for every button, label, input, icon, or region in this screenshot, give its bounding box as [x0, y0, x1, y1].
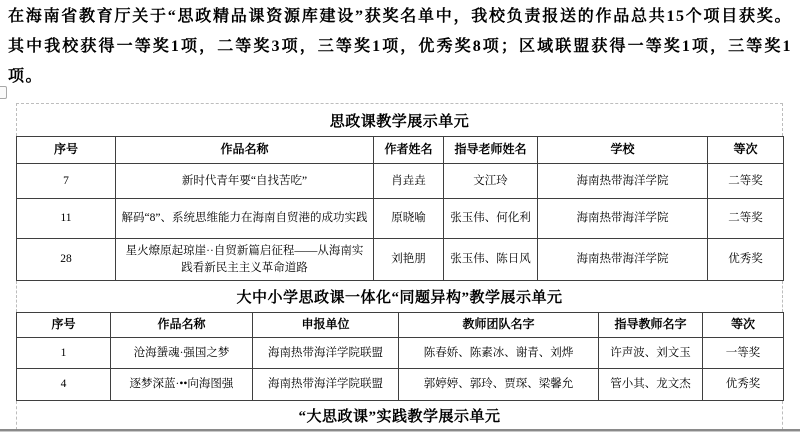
column-header-award: 等次	[703, 313, 784, 338]
cell-award: 优秀奖	[703, 369, 784, 401]
cell-author: 原晓喻	[374, 199, 444, 239]
cell-seq: 28	[17, 239, 116, 281]
cell-seq: 11	[17, 199, 116, 239]
section1-title-row: 思政课教学展示单元	[16, 103, 783, 136]
cell-work-title: 星火燎原起琼崖··自贸新篇启征程——从海南实践看新民主主义革命道路	[116, 239, 374, 281]
cell-advisor: 文江玲	[444, 164, 538, 199]
cell-advisor: 许声波、刘文玉	[599, 338, 703, 369]
section1-header-row: 序号 作品名称 作者姓名 指导老师姓名 学校 等次	[17, 137, 784, 164]
column-header-work-title: 作品名称	[111, 313, 253, 338]
cell-work-title: 逐梦深蓝·••向海图强	[111, 369, 253, 401]
section1-title: 思政课教学展示单元	[330, 110, 470, 131]
cell-applicant-unit: 海南热带海洋学院联盟	[253, 369, 399, 401]
section2-header-row: 序号 作品名称 申报单位 教师团队名字 指导教师名字 等次	[17, 313, 784, 338]
table-row: 4 逐梦深蓝·••向海图强 海南热带海洋学院联盟 郭婷婷、郭玲、贾琛、梁馨允 管…	[17, 369, 784, 401]
cell-advisor: 张玉伟、何化利	[444, 199, 538, 239]
column-header-author: 作者姓名	[374, 137, 444, 164]
table-row: 11 解码“8”、系统思维能力在海南自贸港的成功实践 原晓喻 张玉伟、何化利 海…	[17, 199, 784, 239]
cell-applicant-unit: 海南热带海洋学院联盟	[253, 338, 399, 369]
column-header-work-title: 作品名称	[116, 137, 374, 164]
document-page: 在海南省教育厅关于“思政精品课资源库建设”获奖名单中，我校负责报送的作品总共15…	[0, 0, 800, 446]
cell-seq: 1	[17, 338, 111, 369]
column-header-seq: 序号	[17, 313, 111, 338]
cell-school: 海南热带海洋学院	[538, 164, 708, 199]
cell-seq: 7	[17, 164, 116, 199]
cell-award: 优秀奖	[708, 239, 784, 281]
cell-author: 肖垚垚	[374, 164, 444, 199]
award-tables: 思政课教学展示单元 序号 作品名称 作者姓名 指导老师姓名 学校 等次 7	[16, 103, 783, 430]
column-header-applicant-unit: 申报单位	[253, 313, 399, 338]
column-header-advisor: 指导教师名字	[599, 313, 703, 338]
table-row: 1 沧海蜑魂·强国之梦 海南热带海洋学院联盟 陈春娇、陈素冰、谢青、刘烨 许声波…	[17, 338, 784, 369]
cell-seq: 4	[17, 369, 111, 401]
cell-advisor: 张玉伟、陈日风	[444, 239, 538, 281]
column-header-teacher-team: 教师团队名字	[399, 313, 599, 338]
section1-table: 序号 作品名称 作者姓名 指导老师姓名 学校 等次 7 新时代青年要“自找苦吃”…	[16, 136, 784, 281]
cell-school: 海南热带海洋学院	[538, 239, 708, 281]
column-header-school: 学校	[538, 137, 708, 164]
section2-title: 大中小学思政课一体化“同题异构”教学展示单元	[236, 286, 562, 307]
section2-title-row: 大中小学思政课一体化“同题异构”教学展示单元	[16, 281, 783, 312]
cell-award: 一等奖	[703, 338, 784, 369]
table-move-handle[interactable]	[0, 86, 7, 99]
cell-work-title: 沧海蜑魂·强国之梦	[111, 338, 253, 369]
column-header-award: 等次	[708, 137, 784, 164]
cell-award: 二等奖	[708, 164, 784, 199]
intro-paragraph: 在海南省教育厅关于“思政精品课资源库建设”获奖名单中，我校负责报送的作品总共15…	[8, 2, 792, 92]
cell-teacher-team: 陈春娇、陈素冰、谢青、刘烨	[399, 338, 599, 369]
window-bottom-edge	[0, 429, 800, 432]
section2-table: 序号 作品名称 申报单位 教师团队名字 指导教师名字 等次 1 沧海蜑魂·强国之…	[16, 312, 784, 401]
column-header-advisor: 指导老师姓名	[444, 137, 538, 164]
section3-title-row: “大思政课”实践教学展示单元	[16, 401, 783, 430]
cell-advisor: 管小其、龙文杰	[599, 369, 703, 401]
cell-work-title: 新时代青年要“自找苦吃”	[116, 164, 374, 199]
cell-work-title: 解码“8”、系统思维能力在海南自贸港的成功实践	[116, 199, 374, 239]
section3-title: “大思政课”实践教学展示单元	[298, 405, 500, 426]
table-row: 28 星火燎原起琼崖··自贸新篇启征程——从海南实践看新民主主义革命道路 刘艳朋…	[17, 239, 784, 281]
table-row: 7 新时代青年要“自找苦吃” 肖垚垚 文江玲 海南热带海洋学院 二等奖	[17, 164, 784, 199]
cell-author: 刘艳朋	[374, 239, 444, 281]
cell-award: 二等奖	[708, 199, 784, 239]
column-header-seq: 序号	[17, 137, 116, 164]
cell-teacher-team: 郭婷婷、郭玲、贾琛、梁馨允	[399, 369, 599, 401]
cell-school: 海南热带海洋学院	[538, 199, 708, 239]
